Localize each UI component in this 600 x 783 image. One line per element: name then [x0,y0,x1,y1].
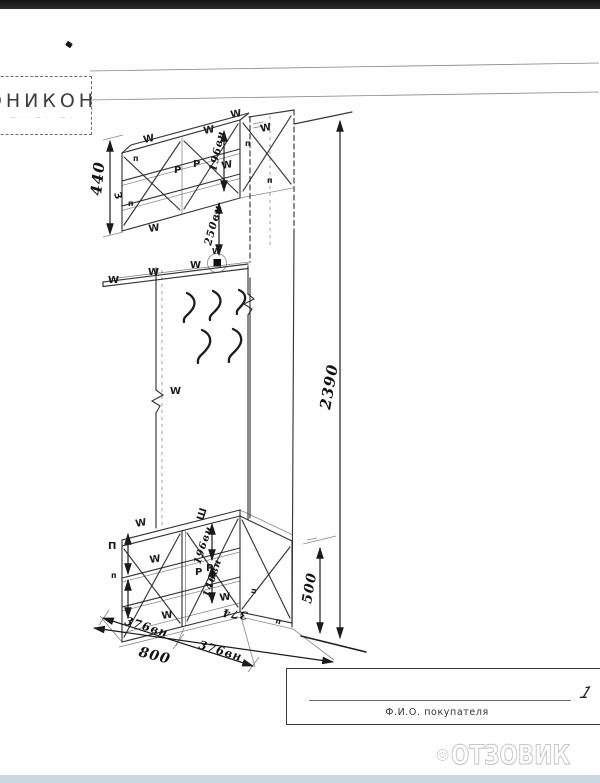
dimension-labels: 440 196вн 250вн 2390 500 196вн 146вн 374… [87,130,342,668]
dim-total-height: 2390 [316,363,342,412]
mark-w: W [230,108,243,121]
bottom-edge-bar [0,775,600,783]
dim-width-total: 800 [137,644,172,667]
mark-w: W [259,122,272,135]
mark-w: W [135,517,148,530]
hat-shelf [103,254,250,287]
mark-n: п [267,176,273,185]
coat-hooks [184,290,245,363]
mark-p: П [108,541,116,552]
scanned-furniture-drawing-page: ОНИКОН · — · · — · · — · [0,0,600,783]
dim-lower-side: 374 [221,606,248,622]
back-panel [152,266,254,528]
title-block: 1 Ф.И.О. покупателя [286,668,600,725]
mark-w: W [108,275,119,286]
dim-upper-height: 440 [87,160,108,196]
mark-r: Р [195,567,202,578]
mark-w: W [161,610,173,622]
mark-n: п [133,154,139,163]
power-icon [436,731,449,779]
mark-w: W [142,133,155,146]
dim-width-b: 376вн [197,637,244,664]
tall-side-panel [249,110,294,627]
dim-lower-height: 500 [299,571,320,604]
mark-w: W [170,386,181,397]
mark-w: W [148,223,160,235]
dim-hook-drop: 250вн [202,204,225,248]
otzovik-watermark: ОТЗОВИК [436,730,600,780]
mark-w: W [212,247,221,256]
mark-w: W [190,260,201,271]
mark-r: Р [193,159,200,170]
mark-w: W [148,267,159,278]
sheet-index: 1 [577,683,595,702]
mark-n: п [274,616,282,626]
hook-mount-square [214,259,222,267]
mark-n: п [128,199,134,208]
mark-sh: Ш [195,507,209,522]
signature-line [309,700,571,701]
mark-n: п [249,588,259,595]
sheet-frame-lines [90,63,599,100]
mark-w: W [221,159,234,172]
mark-w: W [219,592,231,604]
buyer-name-caption: Ф.И.О. покупателя [287,707,587,718]
mark-w: W [203,124,216,137]
mark-n: п [111,571,117,580]
mark-r: Р [174,165,181,176]
mark-w: W [149,554,161,566]
watermark-text: ОТЗОВИК [451,740,570,771]
furniture-technical-drawing: W W W W п Р Р W п п п W З W W W W W W Ш … [0,0,600,783]
mark-n: п [245,139,251,148]
